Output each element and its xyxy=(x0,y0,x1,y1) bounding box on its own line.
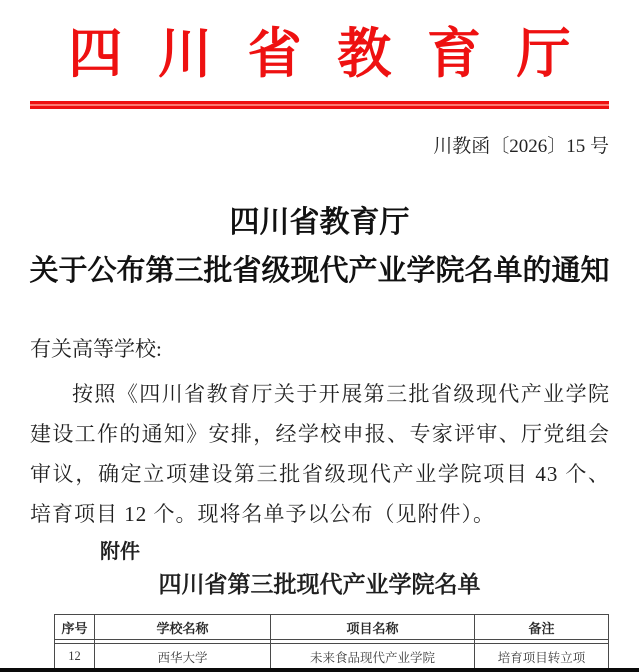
letterhead-org-name: 四川省教育厅 xyxy=(0,22,639,86)
doc-reference-number: 川教函〔2026〕15 号 xyxy=(0,134,639,160)
attachment-table-title: 四川省第三批现代产业学院名单 xyxy=(0,570,639,599)
column-header-no: 序号 xyxy=(55,615,95,640)
table-header-row: 序号 学校名称 项目名称 备注 xyxy=(55,615,609,640)
notice-body-paragraph: 按照《四川省教育厅关于开展第三批省级现代产业学院建设工作的通知》安排，经学校申报… xyxy=(30,374,610,534)
cell-remark: 培育项目转立项 xyxy=(475,644,609,670)
cell-row-number: 12 xyxy=(55,644,95,670)
notice-title-line1: 四川省教育厅 xyxy=(0,204,639,242)
letterhead-divider-rule xyxy=(30,101,609,109)
notice-title: 四川省教育厅 关于公布第三批省级现代产业学院名单的通知 xyxy=(0,204,639,294)
cell-school-name: 西华大学 xyxy=(95,644,271,670)
table-row: 12 西华大学 未来食品现代产业学院 培育项目转立项 xyxy=(55,644,609,670)
bottom-crop-bar xyxy=(0,668,639,672)
attachment-label: 附件 xyxy=(100,541,639,564)
notice-title-line2: 关于公布第三批省级现代产业学院名单的通知 xyxy=(0,248,639,294)
document-page: 四川省教育厅 川教函〔2026〕15 号 四川省教育厅 关于公布第三批省级现代产… xyxy=(0,0,639,672)
column-header-project: 项目名称 xyxy=(271,615,475,640)
attachment-table: 序号 学校名称 项目名称 备注 12 西华大学 未来食品现代产业学院 培育项目转… xyxy=(54,614,609,670)
cell-project-name: 未来食品现代产业学院 xyxy=(271,644,475,670)
salutation: 有关高等学校: xyxy=(30,336,609,363)
column-header-remark: 备注 xyxy=(475,615,609,640)
column-header-school: 学校名称 xyxy=(95,615,271,640)
